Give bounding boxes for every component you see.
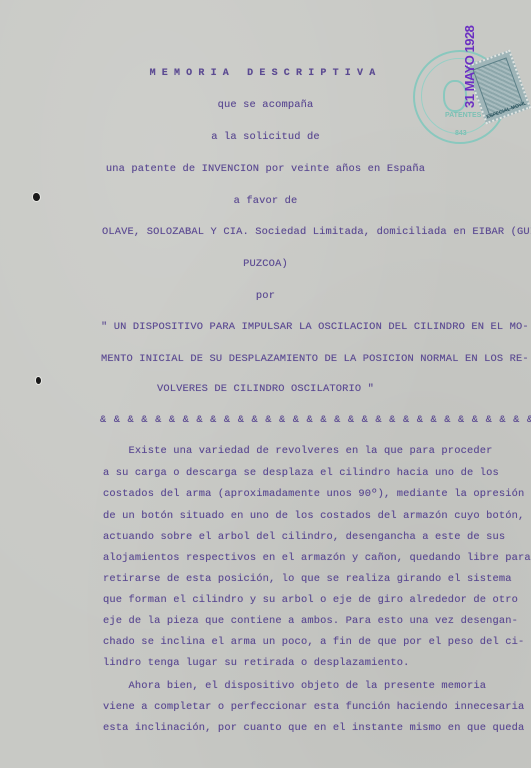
body-line: a su carga o descarga se desplaza el cil…: [103, 467, 499, 479]
body-line: de un botón situado en uno de los costad…: [103, 510, 524, 522]
body-line: Existe una variedad de revolveres en la …: [103, 445, 493, 457]
body-line: viene a completar o perfeccionar esta fu…: [103, 701, 524, 713]
date-stamp: 31 MAYO 1928: [462, 26, 477, 108]
seal-text: PATENTES: [445, 112, 481, 119]
body-line: chado se inclina el arma un poco, a fin …: [103, 636, 524, 648]
body-line: actuando sobre el arbol del cilindro, de…: [103, 531, 505, 543]
header-line: que se acompaña: [0, 99, 531, 111]
body-line: costados del arma (aproximadamente unos …: [103, 488, 524, 500]
document-title: MEMORIA DESCRIPTIVA: [0, 68, 531, 80]
header-line: a la solicitud de: [0, 131, 531, 143]
applicant-line-cont: PUZCOA): [0, 258, 531, 270]
separator-line: & & & & & & & & & & & & & & & & & & & & …: [100, 414, 531, 426]
body-line: que forman el cilindro y su arbol o eje …: [103, 594, 518, 606]
invention-title-line: " UN DISPOSITIVO PARA IMPULSAR LA OSCILA…: [101, 321, 529, 333]
body-line: eje de la pieza que contiene a ambos. Pa…: [103, 615, 518, 627]
applicant-line: OLAVE, SOLOZABAL Y CIA. Sociedad Limitad…: [102, 226, 531, 238]
header-line: por: [0, 290, 531, 302]
invention-title-line: VOLVERES DE CILINDRO OSCILATORIO ": [0, 383, 531, 395]
header-line: una patente de INVENCION por veinte años…: [0, 163, 531, 175]
invention-title-line: MENTO INICIAL DE SU DESPLAZAMIENTO DE LA…: [101, 353, 529, 365]
body-line: esta inclinación, por cuanto que en el i…: [103, 722, 524, 734]
body-line: alojamientos respectivos en el armazón y…: [103, 552, 531, 564]
header-line: a favor de: [0, 195, 531, 207]
document-page: PATENTES 843 ESPECIAL MOVIL 31 MAYO 1928…: [0, 0, 531, 768]
body-line: lindro tenga lugar su retirada o desplaz…: [103, 657, 410, 669]
body-line: retirarse de esta posición, lo que se re…: [103, 573, 512, 585]
body-line: Ahora bien, el dispositivo objeto de la …: [103, 680, 486, 692]
